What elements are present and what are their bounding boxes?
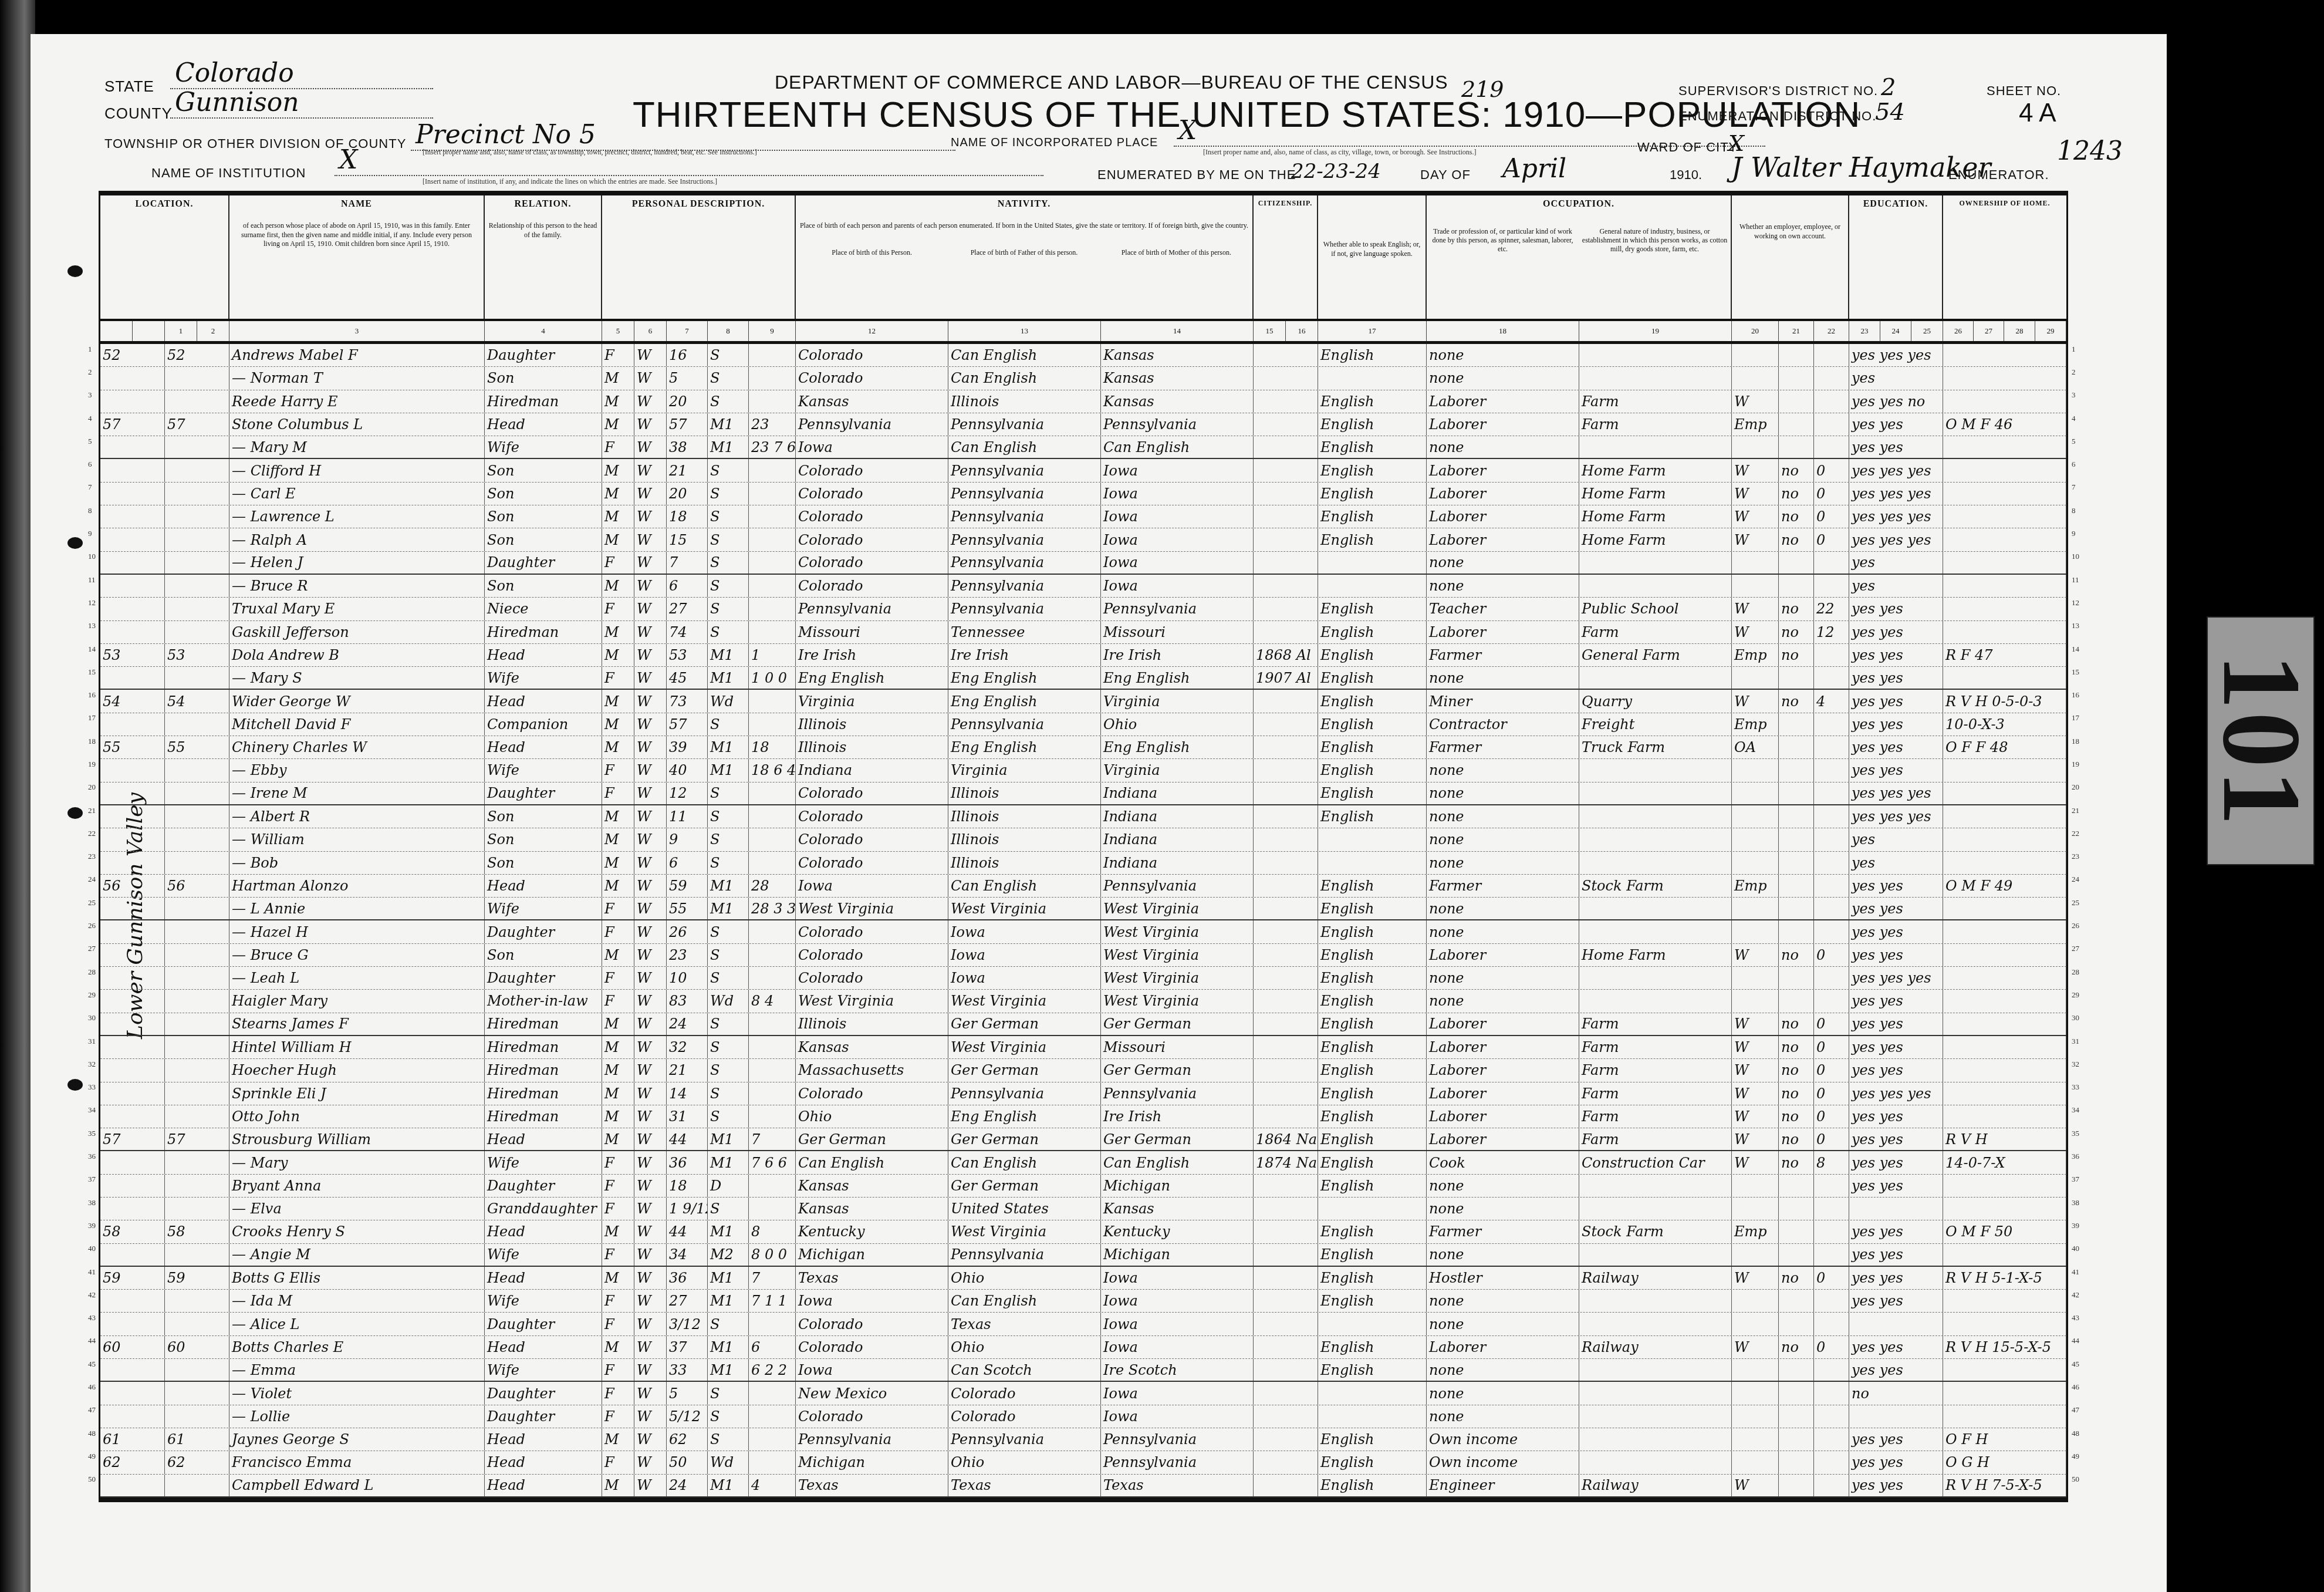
cell-edu: yes yes bbox=[1849, 759, 1943, 781]
column-number: 13 bbox=[948, 321, 1101, 341]
cell-mar: S bbox=[708, 390, 749, 413]
cell-bf: Ohio bbox=[948, 1336, 1101, 1358]
cell-fam bbox=[165, 944, 229, 966]
cell-imm: 1907 Al bbox=[1254, 667, 1318, 689]
cell-emp bbox=[1732, 1244, 1779, 1266]
cell-oow bbox=[1779, 1175, 1814, 1197]
column-number: 3 bbox=[229, 321, 485, 341]
cell-dw bbox=[100, 1013, 165, 1035]
cell-age: 6 bbox=[667, 575, 708, 597]
cell-bp: Kansas bbox=[796, 1036, 948, 1058]
cell-lang bbox=[1318, 1198, 1427, 1220]
cell-rel: Niece bbox=[485, 598, 602, 620]
row-number: 31 bbox=[88, 1030, 96, 1053]
row-number: 27 bbox=[2072, 937, 2079, 960]
cell-race: W bbox=[634, 990, 667, 1012]
cell-years-children bbox=[749, 1428, 796, 1451]
cell-own bbox=[1943, 390, 2066, 413]
cell-bp: Massachusetts bbox=[796, 1059, 948, 1081]
row-number: 49 bbox=[88, 1445, 96, 1468]
row-number: 48 bbox=[2072, 1422, 2079, 1445]
cell-imm bbox=[1254, 459, 1318, 481]
cell-sex: M bbox=[602, 1036, 634, 1058]
row-number: 35 bbox=[2072, 1122, 2079, 1145]
cell-wk bbox=[1814, 1313, 1849, 1335]
cell-years-children: 1 0 0 bbox=[749, 667, 796, 689]
cell-bm: Indiana bbox=[1101, 828, 1254, 851]
table-row: — Clifford HSonMW21SColoradoPennsylvania… bbox=[100, 459, 2066, 482]
cell-edu: yes yes bbox=[1849, 1267, 1943, 1289]
cell-own bbox=[1943, 1382, 2066, 1404]
cell-wk: 0 bbox=[1814, 1082, 1849, 1105]
cell-rel: Wife bbox=[485, 898, 602, 919]
name-heading: NAME bbox=[341, 199, 372, 210]
cell-oow bbox=[1779, 852, 1814, 874]
cell-imm bbox=[1254, 505, 1318, 528]
cell-dw bbox=[100, 459, 165, 481]
cell-name: Crooks Henry S bbox=[229, 1220, 485, 1243]
cell-oow bbox=[1779, 1382, 1814, 1404]
cell-age: 59 bbox=[667, 875, 708, 897]
cell-sex: F bbox=[602, 967, 634, 989]
header-occupation: OCCUPATION. Trade or profession of, or p… bbox=[1427, 195, 1732, 319]
cell-own bbox=[1943, 805, 2066, 828]
cell-name: — L Annie bbox=[229, 898, 485, 919]
cell-own bbox=[1943, 828, 2066, 851]
cell-sex: M bbox=[602, 1013, 634, 1035]
occupation-heading: OCCUPATION. bbox=[1543, 199, 1614, 210]
cell-dw bbox=[100, 1036, 165, 1058]
cell-rel: Head bbox=[485, 1475, 602, 1496]
education-heading: EDUCATION. bbox=[1863, 199, 1928, 210]
birth-person-head: Place of birth of this Person. bbox=[796, 248, 948, 257]
cell-age: 5 bbox=[667, 1382, 708, 1404]
column-number: 8 bbox=[708, 321, 749, 341]
stamp-number: 1243 bbox=[2057, 136, 2123, 166]
cell-bf: Eng English bbox=[948, 690, 1101, 712]
cell-name: Francisco Emma bbox=[229, 1451, 485, 1473]
cell-imm bbox=[1254, 436, 1318, 458]
cell-years-children: 7 bbox=[749, 1128, 796, 1150]
column-number: 21 bbox=[1779, 321, 1814, 341]
cell-wk: 0 bbox=[1814, 459, 1849, 481]
cell-mar: S bbox=[708, 713, 749, 736]
cell-wk bbox=[1814, 1405, 1849, 1428]
cell-race: W bbox=[634, 1405, 667, 1428]
cell-own bbox=[1943, 1082, 2066, 1105]
cell-bf: Can English bbox=[948, 1290, 1101, 1312]
cell-bp: Colorado bbox=[796, 459, 948, 481]
cell-age: 24 bbox=[667, 1013, 708, 1035]
cell-wk: 0 bbox=[1814, 483, 1849, 505]
cell-own: R V H 0-5-0-3 bbox=[1943, 690, 2066, 712]
cell-rel: Hiredman bbox=[485, 1082, 602, 1105]
cell-bp: Colorado bbox=[796, 367, 948, 389]
cell-bm: Indiana bbox=[1101, 805, 1254, 828]
cell-name: Mitchell David F bbox=[229, 713, 485, 736]
row-number: 13 bbox=[2072, 615, 2079, 638]
cell-oow: no bbox=[1779, 1151, 1814, 1173]
cell-ind bbox=[1579, 1359, 1732, 1381]
cell-years-children bbox=[749, 1105, 796, 1128]
cell-lang bbox=[1318, 575, 1427, 597]
cell-bm: West Virginia bbox=[1101, 944, 1254, 966]
cell-bf: Ger German bbox=[948, 1013, 1101, 1035]
cell-oow bbox=[1779, 1405, 1814, 1428]
cell-dw bbox=[100, 575, 165, 597]
cell-bm: Can English bbox=[1101, 436, 1254, 458]
cell-rel: Son bbox=[485, 459, 602, 481]
cell-fam: 55 bbox=[165, 736, 229, 758]
cell-sex: M bbox=[602, 528, 634, 551]
cell-bp: Illinois bbox=[796, 1013, 948, 1035]
cell-emp bbox=[1732, 1198, 1779, 1220]
cell-years-children: 28 3 3 bbox=[749, 898, 796, 919]
cell-emp bbox=[1732, 1313, 1779, 1335]
cell-years-children: 6 bbox=[749, 1336, 796, 1358]
cell-emp: Emp bbox=[1732, 875, 1779, 897]
cell-wk bbox=[1814, 967, 1849, 989]
cell-bp: Colorado bbox=[796, 852, 948, 874]
cell-mar: M1 bbox=[708, 736, 749, 758]
cell-name: — Elva bbox=[229, 1198, 485, 1220]
cell-race: W bbox=[634, 1220, 667, 1243]
cell-emp bbox=[1732, 1359, 1779, 1381]
cell-race: W bbox=[634, 552, 667, 574]
cell-emp bbox=[1732, 805, 1779, 828]
cell-trade: none bbox=[1427, 1244, 1579, 1266]
cell-mar: M1 bbox=[708, 413, 749, 436]
cell-name: — Emma bbox=[229, 1359, 485, 1381]
cell-bm: Iowa bbox=[1101, 1382, 1254, 1404]
cell-sex: F bbox=[602, 1175, 634, 1197]
cell-rel: Hiredman bbox=[485, 1013, 602, 1035]
cell-bf: Pennsylvania bbox=[948, 1428, 1101, 1451]
cell-bf: Iowa bbox=[948, 967, 1101, 989]
enumerator-label: Enumerator. bbox=[1948, 167, 2049, 183]
cell-mar: M1 bbox=[708, 898, 749, 919]
cell-own bbox=[1943, 459, 2066, 481]
column-number: 25 bbox=[1911, 321, 1943, 341]
cell-oow bbox=[1779, 552, 1814, 574]
cell-sex: F bbox=[602, 1359, 634, 1381]
cell-fam: 59 bbox=[165, 1267, 229, 1289]
cell-rel: Son bbox=[485, 805, 602, 828]
row-number: 2 bbox=[2072, 360, 2079, 383]
column-number: 22 bbox=[1814, 321, 1849, 341]
cell-trade: Farmer bbox=[1427, 644, 1579, 666]
cell-imm bbox=[1254, 828, 1318, 851]
row-number: 9 bbox=[2072, 522, 2079, 545]
cell-mar: S bbox=[708, 528, 749, 551]
cell-lang: English bbox=[1318, 1175, 1427, 1197]
cell-years-children bbox=[749, 1059, 796, 1081]
cell-dw bbox=[100, 944, 165, 966]
cell-name: Botts Charles E bbox=[229, 1336, 485, 1358]
column-number: 19 bbox=[1579, 321, 1732, 341]
cell-age: 57 bbox=[667, 413, 708, 436]
cell-bm: Pennsylvania bbox=[1101, 1082, 1254, 1105]
cell-race: W bbox=[634, 713, 667, 736]
cell-rel: Wife bbox=[485, 1151, 602, 1173]
cell-dw bbox=[100, 483, 165, 505]
cell-dw bbox=[100, 782, 165, 804]
cell-age: 11 bbox=[667, 805, 708, 828]
cell-fam bbox=[165, 759, 229, 781]
table-row: 5555Chinery Charles WHeadMW39M118Illinoi… bbox=[100, 736, 2066, 759]
page-number: 219 bbox=[1461, 76, 1504, 102]
cell-own bbox=[1943, 1175, 2066, 1197]
row-number: 42 bbox=[88, 1283, 96, 1306]
cell-sex: F bbox=[602, 1198, 634, 1220]
row-number: 43 bbox=[2072, 1306, 2079, 1329]
cell-age: 16 bbox=[667, 344, 708, 366]
cell-bm: Indiana bbox=[1101, 852, 1254, 874]
cell-trade: none bbox=[1427, 436, 1579, 458]
cell-race: W bbox=[634, 528, 667, 551]
cell-age: 53 bbox=[667, 644, 708, 666]
cell-trade: none bbox=[1427, 552, 1579, 574]
cell-race: W bbox=[634, 1313, 667, 1335]
cell-race: W bbox=[634, 828, 667, 851]
cell-age: 38 bbox=[667, 436, 708, 458]
row-number: 8 bbox=[2072, 499, 2079, 522]
cell-fam bbox=[165, 1175, 229, 1197]
cell-bf: Ger German bbox=[948, 1128, 1101, 1150]
cell-own: 14-0-7-X bbox=[1943, 1151, 2066, 1173]
cell-imm bbox=[1254, 1220, 1318, 1243]
table-row: — EbbyWifeFW40M118 6 4IndianaVirginiaVir… bbox=[100, 759, 2066, 782]
cell-bm: Pennsylvania bbox=[1101, 413, 1254, 436]
cell-edu: yes yes yes bbox=[1849, 505, 1943, 528]
cell-sex: M bbox=[602, 390, 634, 413]
cell-mar: M1 bbox=[708, 1359, 749, 1381]
cell-years-children bbox=[749, 575, 796, 597]
employer-desc: Whether an employer, employee, or workin… bbox=[1732, 222, 1848, 241]
row-number: 19 bbox=[2072, 753, 2079, 775]
cell-bm: Virginia bbox=[1101, 759, 1254, 781]
cell-oow bbox=[1779, 898, 1814, 919]
row-number: 16 bbox=[88, 683, 96, 706]
cell-name: Strousburg William bbox=[229, 1128, 485, 1150]
cell-years-children bbox=[749, 782, 796, 804]
cell-age: 44 bbox=[667, 1220, 708, 1243]
cell-ind bbox=[1579, 990, 1732, 1012]
cell-name: Hartman Alonzo bbox=[229, 875, 485, 897]
table-row: — Hazel HDaughterFW26SColoradoIowaWest V… bbox=[100, 920, 2066, 943]
cell-bm: Virginia bbox=[1101, 690, 1254, 712]
cell-years-children bbox=[749, 528, 796, 551]
cell-emp: Emp bbox=[1732, 1220, 1779, 1243]
row-number: 32 bbox=[2072, 1053, 2079, 1075]
cell-rel: Daughter bbox=[485, 344, 602, 366]
cell-name: Reede Harry E bbox=[229, 390, 485, 413]
cell-bp: Colorado bbox=[796, 805, 948, 828]
cell-bf: Can English bbox=[948, 436, 1101, 458]
cell-oow bbox=[1779, 736, 1814, 758]
nativity-heading: NATIVITY. bbox=[998, 199, 1050, 210]
cell-dw: 62 bbox=[100, 1451, 165, 1473]
cell-oow: no bbox=[1779, 1082, 1814, 1105]
cell-own bbox=[1943, 528, 2066, 551]
cell-bf: Eng English bbox=[948, 1105, 1101, 1128]
cell-fam: 53 bbox=[165, 644, 229, 666]
cell-wk bbox=[1814, 644, 1849, 666]
cell-edu: yes yes yes bbox=[1849, 528, 1943, 551]
table-row: 5252Andrews Mabel FDaughterFW16SColorado… bbox=[100, 344, 2066, 367]
cell-sex: F bbox=[602, 990, 634, 1012]
cell-sex: F bbox=[602, 1382, 634, 1404]
cell-bp: Kentucky bbox=[796, 1220, 948, 1243]
cell-mar: S bbox=[708, 621, 749, 643]
cell-fam: 57 bbox=[165, 1128, 229, 1150]
cell-bm: Iowa bbox=[1101, 1313, 1254, 1335]
cell-wk bbox=[1814, 344, 1849, 366]
row-number: 33 bbox=[88, 1076, 96, 1099]
cell-bf: Illinois bbox=[948, 390, 1101, 413]
cell-bp: Pennsylvania bbox=[796, 1428, 948, 1451]
cell-bp: Illinois bbox=[796, 736, 948, 758]
cell-wk: 0 bbox=[1814, 1059, 1849, 1081]
cell-age: 27 bbox=[667, 598, 708, 620]
row-number: 10 bbox=[2072, 545, 2079, 568]
cell-dw: 56 bbox=[100, 875, 165, 897]
cell-emp bbox=[1732, 436, 1779, 458]
cell-race: W bbox=[634, 1475, 667, 1496]
cell-sex: F bbox=[602, 782, 634, 804]
table-row: — Mary MWifeFW38M123 7 6IowaCan EnglishC… bbox=[100, 436, 2066, 459]
cell-own bbox=[1943, 621, 2066, 643]
cell-sex: M bbox=[602, 367, 634, 389]
cell-edu: yes yes bbox=[1849, 1220, 1943, 1243]
cell-years-children: 4 bbox=[749, 1475, 796, 1496]
cell-mar: M1 bbox=[708, 875, 749, 897]
cell-wk bbox=[1814, 667, 1849, 689]
cell-dw: 53 bbox=[100, 644, 165, 666]
cell-age: 33 bbox=[667, 1359, 708, 1381]
cell-emp: W bbox=[1732, 1151, 1779, 1173]
row-number: 21 bbox=[2072, 799, 2079, 822]
cell-fam bbox=[165, 367, 229, 389]
cell-ind: Farm bbox=[1579, 390, 1732, 413]
row-number: 34 bbox=[88, 1099, 96, 1122]
cell-ind bbox=[1579, 852, 1732, 874]
cell-edu: yes yes bbox=[1849, 1451, 1943, 1473]
cell-bm: Pennsylvania bbox=[1101, 1428, 1254, 1451]
cell-fam: 60 bbox=[165, 1336, 229, 1358]
cell-lang: English bbox=[1318, 1451, 1427, 1473]
cell-lang: English bbox=[1318, 805, 1427, 828]
cell-ind: Farm bbox=[1579, 1105, 1732, 1128]
cell-lang: English bbox=[1318, 782, 1427, 804]
cell-sex: F bbox=[602, 1151, 634, 1173]
cell-sex: M bbox=[602, 1220, 634, 1243]
cell-bf: Iowa bbox=[948, 944, 1101, 966]
cell-years-children bbox=[749, 459, 796, 481]
cell-ind: Truck Farm bbox=[1579, 736, 1732, 758]
cell-dw: 58 bbox=[100, 1220, 165, 1243]
institution-field: X bbox=[335, 151, 1043, 176]
cell-name: — Lollie bbox=[229, 1405, 485, 1428]
cell-years-children: 7 1 1 bbox=[749, 1290, 796, 1312]
cell-fam: 52 bbox=[165, 344, 229, 366]
header-personal: PERSONAL DESCRIPTION. bbox=[602, 195, 796, 319]
table-row: — Ralph ASonMW15SColoradoPennsylvaniaIow… bbox=[100, 528, 2066, 551]
cell-trade: none bbox=[1427, 990, 1579, 1012]
row-number: 9 bbox=[88, 522, 96, 545]
cell-imm bbox=[1254, 1428, 1318, 1451]
cell-edu: no bbox=[1849, 1382, 1943, 1404]
cell-bp: West Virginia bbox=[796, 990, 948, 1012]
cell-imm bbox=[1254, 1175, 1318, 1197]
cell-name: — Helen J bbox=[229, 552, 485, 574]
cell-ind: Home Farm bbox=[1579, 459, 1732, 481]
cell-own: R V H 7-5-X-5 bbox=[1943, 1475, 2066, 1496]
cell-oow bbox=[1779, 390, 1814, 413]
cell-own: O M F 50 bbox=[1943, 1220, 2066, 1243]
cell-own: R V H bbox=[1943, 1128, 2066, 1150]
cell-lang: English bbox=[1318, 1151, 1427, 1173]
cell-bf: Colorado bbox=[948, 1382, 1101, 1404]
microfilm-tab-label: 101 bbox=[2197, 654, 2324, 828]
cell-race: W bbox=[634, 1151, 667, 1173]
row-number: 23 bbox=[2072, 845, 2079, 868]
cell-years-children bbox=[749, 1013, 796, 1035]
table-row: — L AnnieWifeFW55M128 3 3West VirginiaWe… bbox=[100, 898, 2066, 920]
cell-own bbox=[1943, 667, 2066, 689]
cell-lang: English bbox=[1318, 713, 1427, 736]
cell-years-children bbox=[749, 1405, 796, 1428]
cell-imm bbox=[1254, 367, 1318, 389]
row-number: 47 bbox=[2072, 1399, 2079, 1422]
cell-bp: Colorado bbox=[796, 483, 948, 505]
cell-wk bbox=[1814, 413, 1849, 436]
cell-sex: M bbox=[602, 413, 634, 436]
cell-oow: no bbox=[1779, 598, 1814, 620]
cell-wk: 0 bbox=[1814, 1036, 1849, 1058]
cell-trade: Laborer bbox=[1427, 1105, 1579, 1128]
cell-fam bbox=[165, 782, 229, 804]
cell-dw bbox=[100, 1359, 165, 1381]
cell-fam: 62 bbox=[165, 1451, 229, 1473]
cell-years-children bbox=[749, 367, 796, 389]
relation-desc: Relationship of this person to the head … bbox=[485, 221, 601, 240]
cell-trade: Cook bbox=[1427, 1151, 1579, 1173]
cell-ind: Quarry bbox=[1579, 690, 1732, 712]
cell-race: W bbox=[634, 1428, 667, 1451]
cell-imm bbox=[1254, 736, 1318, 758]
cell-rel: Son bbox=[485, 575, 602, 597]
cell-rel: Hiredman bbox=[485, 1059, 602, 1081]
cell-bf: Illinois bbox=[948, 782, 1101, 804]
cell-edu: yes yes no bbox=[1849, 390, 1943, 413]
cell-rel: Wife bbox=[485, 1244, 602, 1266]
cell-imm bbox=[1254, 944, 1318, 966]
cell-years-children bbox=[749, 1082, 796, 1105]
cell-bp: Missouri bbox=[796, 621, 948, 643]
citizenship-heading: CITIZENSHIP. bbox=[1258, 199, 1313, 208]
cell-years-children bbox=[749, 598, 796, 620]
cell-emp: W bbox=[1732, 621, 1779, 643]
cell-name: Campbell Edward L bbox=[229, 1475, 485, 1496]
enumerated-year: 1910. bbox=[1670, 167, 1702, 183]
supervisor-label: Supervisor's District No. bbox=[1678, 83, 1878, 99]
cell-trade: none bbox=[1427, 920, 1579, 943]
cell-edu: yes yes bbox=[1849, 621, 1943, 643]
cell-dw bbox=[100, 1290, 165, 1312]
cell-name: Gaskill Jefferson bbox=[229, 621, 485, 643]
enumeration-district-label: Enumeration District No. bbox=[1678, 109, 1876, 124]
